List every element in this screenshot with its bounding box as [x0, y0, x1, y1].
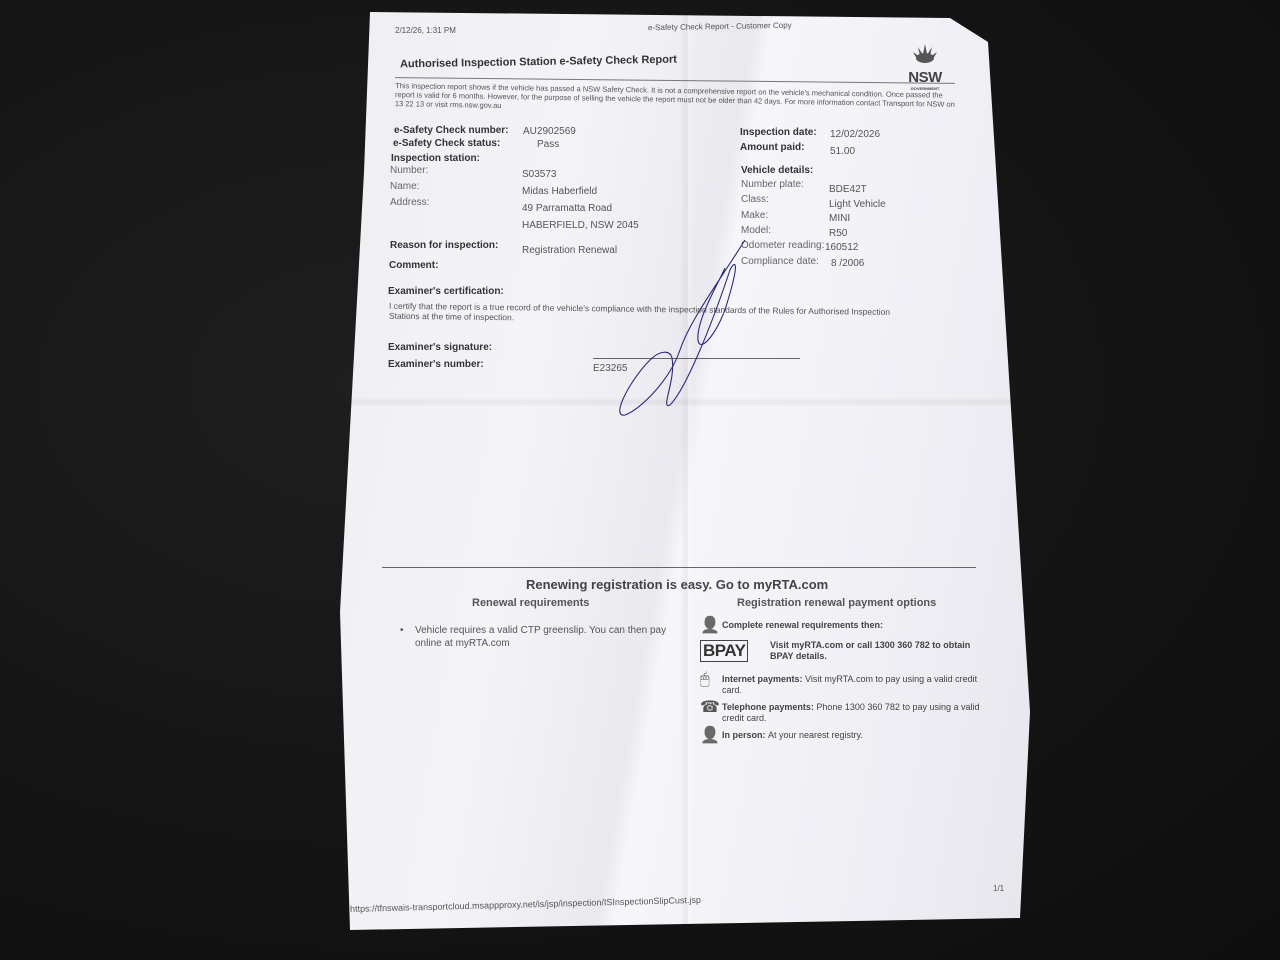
payment-option-text: Internet payments: Visit myRTA.com to pa…: [700, 674, 980, 696]
person-icon: 👤: [700, 728, 720, 744]
renewal-banner: Renewing registration is easy. Go to myR…: [526, 577, 828, 592]
station-number-label: Number:: [390, 165, 428, 176]
payment-option: BPAYVisit myRTA.com or call 1300 360 782…: [700, 640, 980, 662]
model: R50: [829, 228, 847, 239]
bpay-logo: BPAY: [700, 640, 748, 662]
station-number: S03573: [522, 169, 556, 180]
payment-option-text: In person: At your nearest registry.: [700, 730, 980, 741]
station-address-line2: HABERFIELD, NSW 2045: [522, 220, 639, 231]
page-number: 1/1: [993, 884, 1004, 893]
payment-option: 👤Complete renewal requirements then:: [700, 620, 980, 631]
check-number: AU2902569: [523, 126, 576, 137]
printed-datetime: 2/12/26, 1:31 PM: [395, 26, 456, 35]
make-label: Make:: [741, 210, 768, 221]
report-title: Authorised Inspection Station e-Safety C…: [400, 54, 677, 71]
examiner-signature: [600, 240, 800, 420]
station-address-label: Address:: [390, 197, 429, 208]
amount-paid-label: Amount paid:: [740, 142, 804, 153]
plate-label: Number plate:: [741, 179, 804, 190]
examiner-number-label: Examiner's number:: [388, 359, 484, 370]
intro-text: This inspection report shows if the vehi…: [395, 81, 955, 118]
payment-option-title: In person:: [722, 730, 768, 740]
check-status: Pass: [537, 139, 559, 150]
inspection-report-paper: 2/12/26, 1:31 PM e-Safety Check Report -…: [340, 12, 1030, 930]
station-heading: Inspection station:: [391, 153, 480, 164]
check-number-label: e-Safety Check number:: [394, 125, 508, 136]
model-label: Model:: [741, 225, 771, 236]
requirements-heading: Renewal requirements: [472, 597, 589, 609]
plate: BDE42T: [829, 184, 867, 195]
odometer: 160512: [825, 242, 858, 253]
bullet: •: [400, 624, 404, 637]
compliance-date: 8 /2006: [831, 258, 864, 269]
station-name: Midas Haberfield: [522, 186, 597, 197]
signature-label: Examiner's signature:: [388, 342, 492, 353]
footer-url: https://tfnswais-transportcloud.msapppro…: [350, 895, 701, 914]
payment-option: 🖱Internet payments: Visit myRTA.com to p…: [700, 674, 980, 696]
vehicle-class: Light Vehicle: [829, 199, 886, 210]
check-status-label: e-Safety Check status:: [393, 138, 500, 149]
amount-paid: 51.00: [830, 146, 855, 157]
requirements-list: • Vehicle requires a valid CTP greenslip…: [400, 624, 690, 650]
payment-option-title: Telephone payments:: [722, 702, 816, 712]
payment-option-title: Internet payments:: [722, 674, 805, 684]
payment-option-text: Complete renewal requirements then:: [700, 620, 980, 631]
payment-options-heading: Registration renewal payment options: [737, 597, 936, 609]
mouse-icon: 🖱: [700, 672, 710, 688]
person-icon: 👤: [700, 618, 720, 634]
document-type: e-Safety Check Report - Customer Copy: [648, 21, 792, 33]
make: MINI: [829, 213, 850, 224]
class-label: Class:: [741, 194, 769, 205]
payment-option: 👤In person: At your nearest registry.: [700, 730, 980, 741]
comment-label: Comment:: [389, 260, 438, 271]
inspection-date-label: Inspection date:: [740, 127, 817, 138]
renewal-divider: [382, 567, 976, 568]
vehicle-heading: Vehicle details:: [741, 165, 813, 176]
payment-option: ☎Telephone payments: Phone 1300 360 782 …: [700, 702, 980, 724]
telephone-icon: ☎: [700, 700, 720, 716]
station-name-label: Name:: [390, 181, 419, 192]
waratah-icon: [910, 42, 940, 64]
reason-label: Reason for inspection:: [390, 240, 498, 251]
inspection-date: 12/02/2026: [830, 129, 880, 140]
payment-option-text: Telephone payments: Phone 1300 360 782 t…: [700, 702, 980, 724]
certification-heading: Examiner's certification:: [388, 286, 504, 297]
paper-fold-vertical: [680, 12, 694, 930]
station-address-line1: 49 Parramatta Road: [522, 203, 612, 214]
requirement-item: Vehicle requires a valid CTP greenslip. …: [400, 624, 690, 650]
